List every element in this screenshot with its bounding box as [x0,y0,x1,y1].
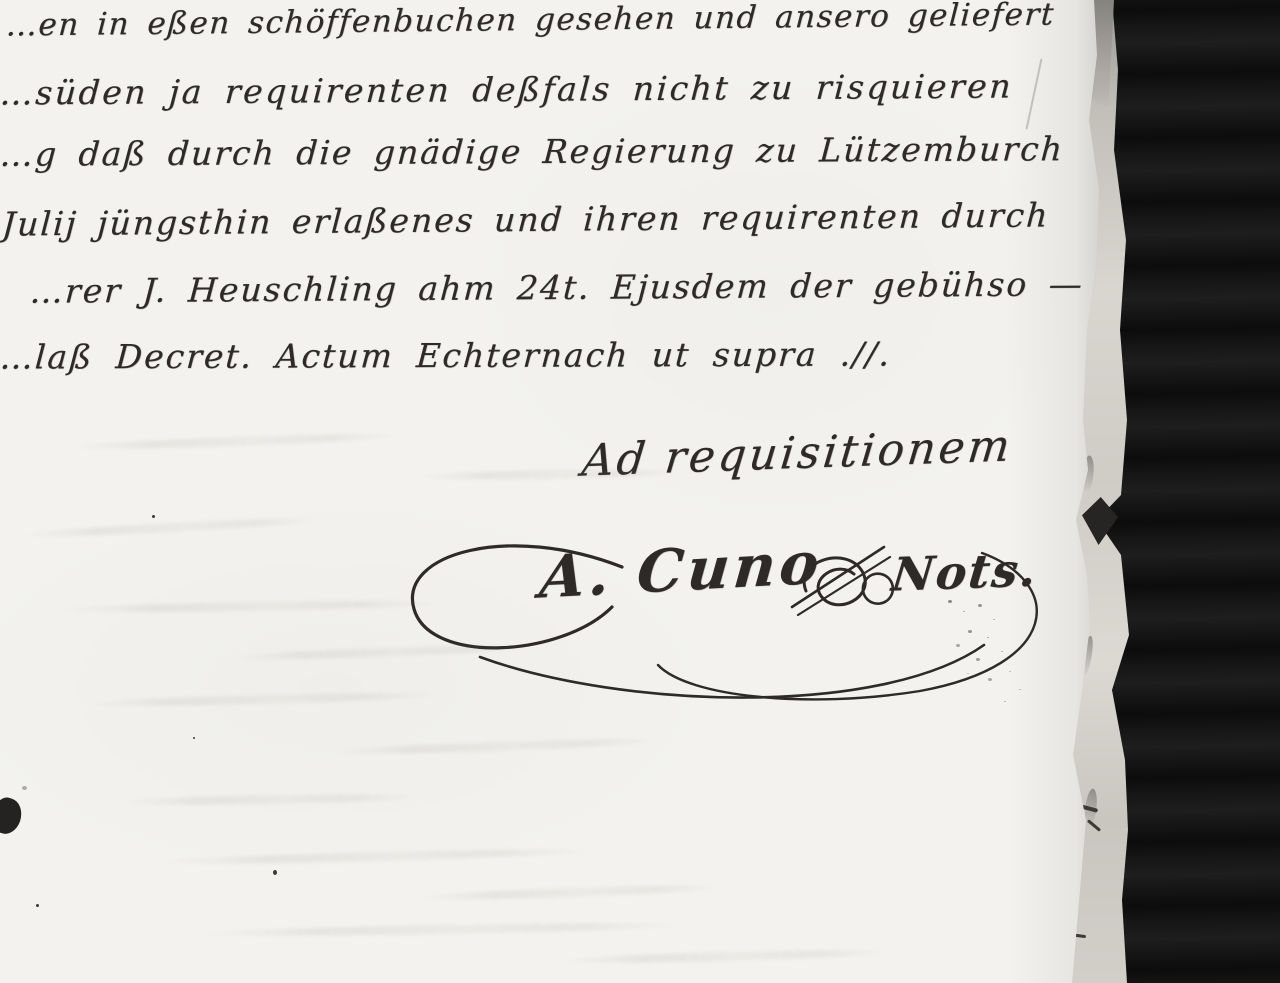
ink-speck [152,515,155,518]
scanned-manuscript-page: …en in eßen schöffenbuchen gesehen und a… [0,0,1280,983]
bleed-through-line [330,736,660,757]
manuscript-line-5: …rer J. Heuschling ahm 24t. Ejusdem der … [29,264,1085,310]
manuscript-line-3: …g daß durch die gnädige Regierung zu Lü… [0,129,1065,174]
manuscript-line-1: …en in eßen schöffenbuchen gesehen und a… [5,0,1056,44]
manuscript-line-4: Julij jüngsthin erlaßenes und ihren requ… [1,195,1051,243]
paper-sheet: …en in eßen schöffenbuchen gesehen und a… [0,0,1105,983]
bleed-through-line [70,431,400,452]
bleed-through-line [560,948,890,966]
ink-speck [193,737,195,739]
ink-blot [0,795,26,838]
bleed-through-line [20,515,320,540]
ink-smudge-cluster [948,600,952,603]
ink-speck [273,870,277,875]
signature-flourish [360,495,1100,735]
ink-blot-satellite [22,786,27,790]
ink-speck [36,904,39,907]
manuscript-line-6: …laß Decret. Actum Echternach ut supra .… [0,334,893,376]
closing-formula: Ad requisitionem [579,420,1015,486]
bleed-through-line [120,792,420,806]
bleed-through-line [160,846,590,866]
signature-suffix: Nots. [889,542,1041,601]
bleed-through-line [420,883,720,902]
bleed-through-line [200,921,680,938]
manuscript-line-2: …süden ja requirenten deßfals nicht zu r… [0,66,1014,112]
